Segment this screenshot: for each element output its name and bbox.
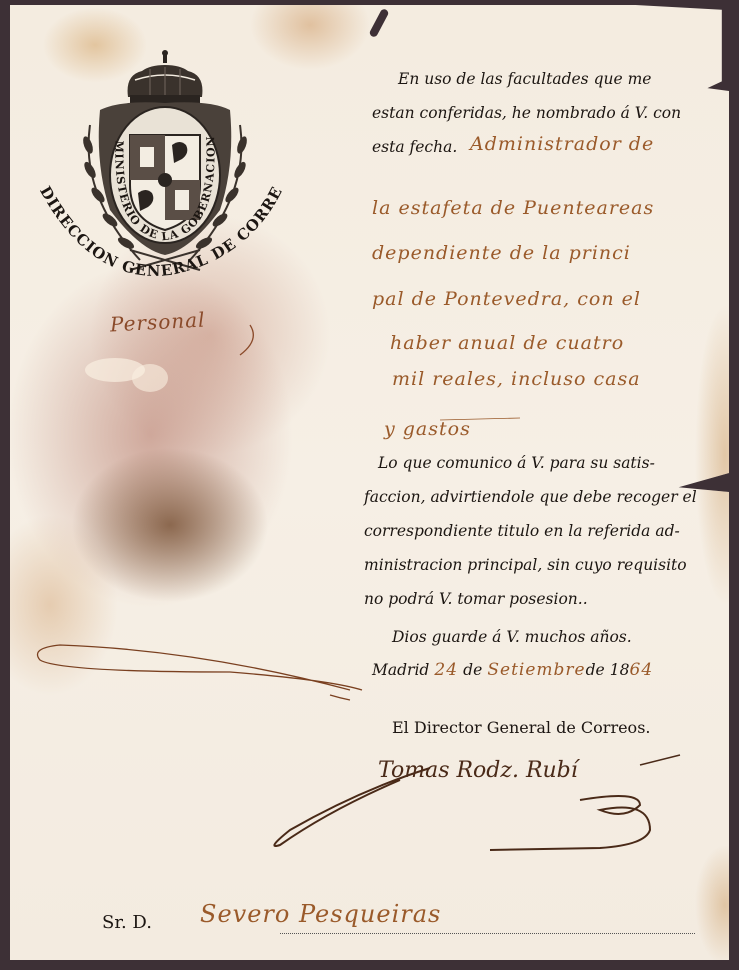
date-day: 24 [434,660,458,680]
marginal-note: Personal [109,308,206,337]
date-de-2: de [586,661,605,679]
closing-line: Dios guarde á V. muchos años. [392,628,632,646]
body-line-6: pal de Pontevedra, con el [372,288,641,310]
addressee-line [280,933,695,934]
addressee-name: Severo Pesqueiras [200,900,441,928]
body-line-2: estan conferidas, he nombrado á V. con [372,104,681,122]
body-line-4: la estafeta de Puenteareas [372,197,654,219]
body-line-5: dependiente de la princi [372,242,631,264]
body-line-8: mil reales, incluso casa [392,368,641,390]
paragraph2-line-3: correspondiente titulo en la referida ad… [364,522,680,540]
date-year-handwritten: 64 [630,660,654,680]
date-line: Madrid 24 de Setiembrede 1864 [372,660,653,680]
addressee-prefix: Sr. D. [102,912,152,933]
crowned-coat-of-arms-icon: MINISTERIO DE LA GOBERNACION DIRECCION G… [30,35,330,295]
body-line-1: En uso de las facultades que me [398,70,651,88]
date-place: Madrid [372,661,429,679]
paragraph2-line-4: ministracion principal, sin cuyo requisi… [364,556,687,574]
date-de-1: de [463,661,482,679]
body-line-3-printed: esta fecha. [372,138,457,156]
paragraph2-line-2: faccion, advirtiendole que debe recoger … [364,488,697,506]
body-line-9: y gastos [384,418,471,440]
appointment-title: Administrador de [470,133,654,155]
signatory-title: El Director General de Correos. [392,718,650,737]
signature: Tomas Rodz. Rubí [378,758,578,783]
body-line-7: haber anual de cuatro [390,332,624,354]
paragraph2-line-5: no podrá V. tomar posesion.. [364,590,588,608]
paragraph2-line-1: Lo que comunico á V. para su satis- [378,454,655,472]
date-year-printed: 18 [610,661,630,679]
date-month: Setiembre [487,660,585,680]
